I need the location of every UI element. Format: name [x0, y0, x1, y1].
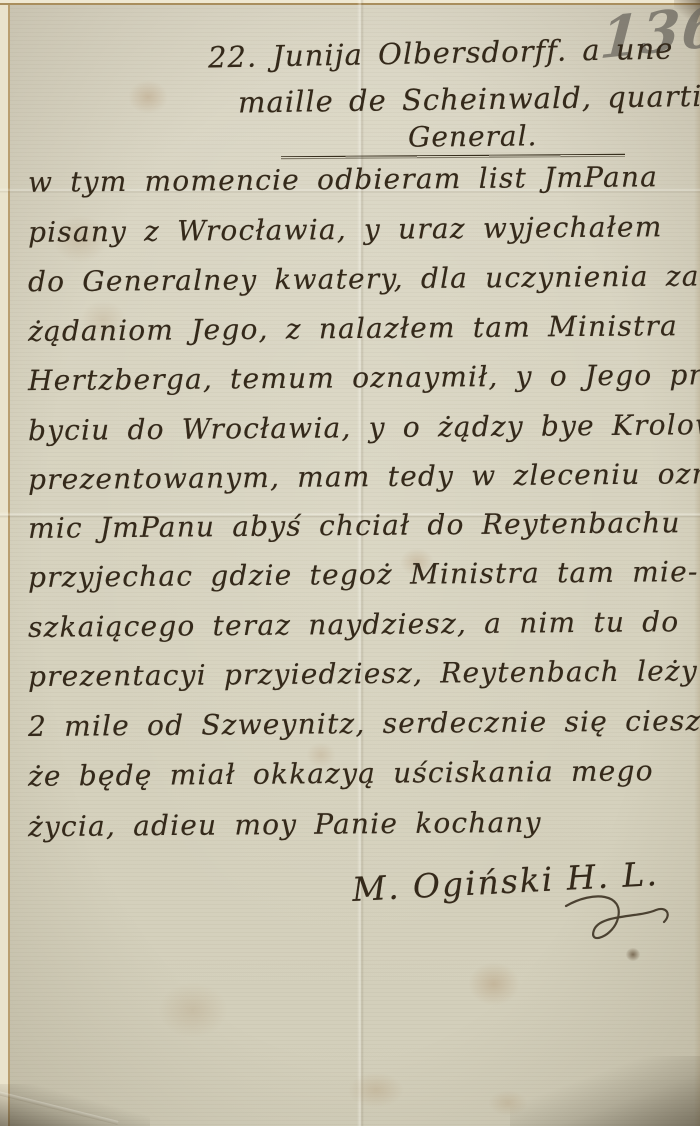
body-line: Hertzberga, temum oznaymił, y o Jego prz…	[28, 358, 700, 397]
header-general: General.	[408, 119, 538, 153]
body-line: prezentacyi przyiedziesz, Reytenbach leż…	[28, 654, 700, 693]
body-line: że będę miał okkazyą uściskania mego	[28, 754, 654, 792]
corner-shadow-bottom-right	[510, 1056, 700, 1126]
body-line: przyjechac gdzie tegoż Ministra tam mie-	[28, 555, 699, 594]
page-edge-left	[0, 0, 11, 1126]
letter-scan: 136 22. Junija Olbersdorff. a une maille…	[0, 0, 700, 1126]
body-line: 2 mile od Szweynitz, serdecznie się cies…	[28, 704, 700, 743]
page-edge-top	[0, 0, 700, 8]
stain	[128, 80, 168, 114]
stain	[158, 982, 228, 1038]
body-line: w tym momencie odbieram list JmPana	[28, 160, 658, 198]
corner-shadow-bottom-left	[0, 1084, 150, 1126]
body-line: do Generalney kwatery, dla uczynienia za…	[28, 259, 700, 299]
stain	[468, 962, 520, 1006]
body-line: prezentowanym, mam tedy w zleceniu oznay	[28, 457, 700, 496]
signature-flourish	[560, 888, 680, 958]
body-line: byciu do Wrocławia, y o żądzy bye Krolow…	[28, 408, 700, 447]
body-line: żądaniom Jego, z nalazłem tam Ministra	[28, 309, 678, 348]
header-underline	[281, 154, 625, 159]
body-line: pisany z Wrocławia, y uraz wyjechałem	[28, 210, 663, 249]
header-place: maille de Scheinwald, quartier	[238, 79, 700, 120]
body-line: szkaiącego teraz naydziesz, a nim tu do	[28, 605, 680, 644]
body-line: mic JmPanu abyś chciał do Reytenbachu	[28, 506, 681, 545]
body-line: życia, adieu moy Panie kochany	[28, 806, 542, 843]
